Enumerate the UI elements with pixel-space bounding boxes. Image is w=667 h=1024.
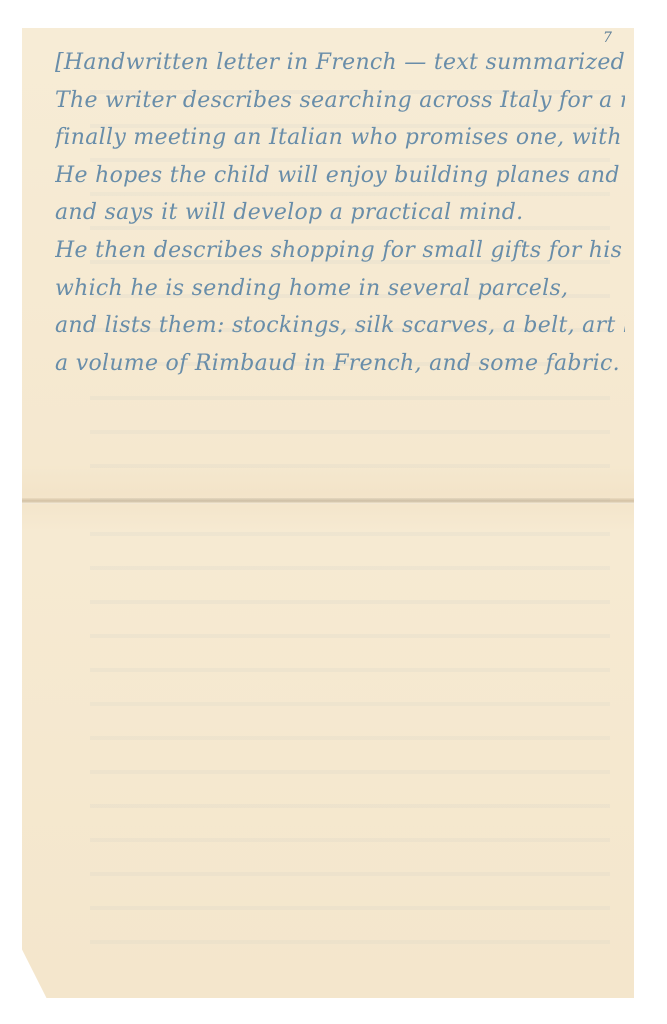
summary-line: The writer describes searching across It… (55, 82, 625, 120)
summary-line: and lists them: stockings, silk scarves,… (55, 307, 625, 345)
summary-line: He then describes shopping for small gif… (55, 232, 625, 270)
paper-fold-crease (22, 498, 634, 504)
summary-line: finally meeting an Italian who promises … (55, 119, 625, 157)
summary-line: a volume of Rimbaud in French, and some … (55, 345, 625, 383)
summary-line: which he is sending home in several parc… (55, 270, 625, 308)
summary-line: [Handwritten letter in French — text sum… (55, 44, 625, 82)
summary-line: and says it will develop a practical min… (55, 194, 625, 232)
letter-summary: [Handwritten letter in French — text sum… (55, 44, 625, 382)
summary-line: He hopes the child will enjoy building p… (55, 157, 625, 195)
